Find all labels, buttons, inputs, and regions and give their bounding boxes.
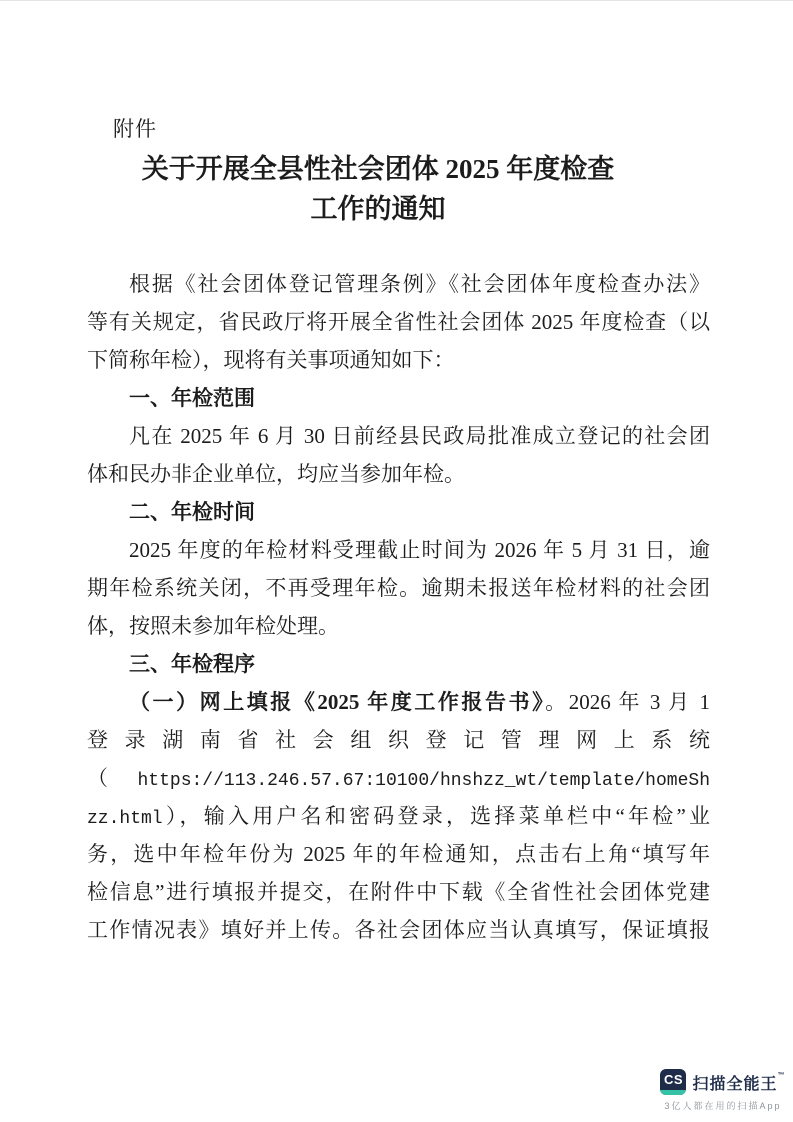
text-segment: 凡在 2025 年 6 月 30 日前经县民政局批准成立登记的社会团: [129, 424, 710, 448]
text-segment: 体和民办非企业单位，均应当参加年检。: [87, 462, 465, 486]
section-heading: 二、年检时间: [87, 493, 710, 531]
url-text: https://113.246.57.67:10100/hnshzz_wt/te…: [138, 771, 711, 791]
body-line: 等有关规定，省民政厅将开展全省性社会团体 2025 年度检查（以: [87, 303, 710, 341]
text-segment: 二、年检时间: [129, 500, 255, 524]
document-body: 根据《社会团体登记管理条例》《社会团体年度检查办法》等有关规定，省民政厅将开展全…: [87, 265, 710, 949]
trademark-symbol: ™: [778, 1072, 786, 1079]
attachment-label: 附件: [113, 113, 157, 143]
brand-row: CS 扫描全能王™: [658, 1069, 788, 1095]
body-line: 下简称年检），现将有关事项通知如下：: [87, 341, 710, 379]
body-line: 凡在 2025 年 6 月 30 日前经县民政局批准成立登记的社会团: [87, 417, 710, 455]
text-segment: 检信息”进行填报并提交，在附件中下载《全省性社会团体党建: [87, 880, 710, 904]
body-line: （一）网上填报《2025 年度工作报告书》。2026 年 3 月 1 日起可: [87, 683, 710, 721]
brand-tagline: 3亿人都在用的扫描App: [658, 1099, 788, 1112]
body-line: 检信息”进行填报并提交，在附件中下载《全省性社会团体党建: [87, 873, 710, 911]
text-segment: 务，选中年检年份为 2025 年的年检通知，点击右上角“填写年: [87, 842, 710, 866]
document-title: 关于开展全县性社会团体 2025 年度检查 工作的通知: [68, 149, 688, 229]
text-segment: 三、年检程序: [129, 652, 255, 676]
body-line: 工作情况表》填好并上传。各社会团体应当认真填写，保证填报: [87, 911, 710, 949]
section-heading: 三、年检程序: [87, 645, 710, 683]
text-segment: 体，按照未参加年检处理。: [87, 614, 339, 638]
body-line: 务，选中年检年份为 2025 年的年检通知，点击右上角“填写年: [87, 835, 710, 873]
document-title-line1: 关于开展全县性社会团体 2025 年度检查: [68, 149, 688, 189]
brand-name: 扫描全能王™: [692, 1071, 785, 1094]
url-text: zz.html: [87, 809, 163, 829]
cs-initials: CS: [660, 1069, 686, 1091]
body-line: 期年检系统关闭，不再受理年检。逾期未报送年检材料的社会团: [87, 569, 710, 607]
body-line: 根据《社会团体登记管理条例》《社会团体年度检查办法》: [87, 265, 710, 303]
body-line: （ https://113.246.57.67:10100/hnshzz_wt/…: [87, 759, 710, 797]
section-heading: 一、年检范围: [87, 379, 710, 417]
text-segment: 一、年检范围: [129, 386, 255, 410]
body-line: 体，按照未参加年检处理。: [87, 607, 710, 645]
brand-name-text: 扫描全能王: [692, 1076, 777, 1093]
text-segment: （: [87, 766, 138, 790]
text-segment: 登录湖南省社会组织登记管理网上系统: [87, 728, 710, 752]
body-line: zz.html），输入用户名和密码登录，选择菜单栏中“年检”业: [87, 797, 710, 835]
scanned-document-page: 附件 关于开展全县性社会团体 2025 年度检查 工作的通知 根据《社会团体登记…: [0, 0, 793, 1122]
text-segment: 期年检系统关闭，不再受理年检。逾期未报送年检材料的社会团: [87, 576, 710, 600]
document-title-line2: 工作的通知: [68, 189, 688, 229]
logo-teal-strip: [660, 1090, 686, 1095]
text-segment: 等有关规定，省民政厅将开展全省性社会团体 2025 年度检查（以: [87, 310, 710, 334]
body-line: 体和民办非企业单位，均应当参加年检。: [87, 455, 710, 493]
text-segment: 工作情况表》填好并上传。各社会团体应当认真填写，保证填报: [87, 918, 710, 942]
body-line: 2025 年度的年检材料受理截止时间为 2026 年 5 月 31 日，逾: [87, 531, 710, 569]
text-segment: ），输入用户名和密码登录，选择菜单栏中“年检”业: [163, 804, 710, 828]
text-segment: （一）网上填报《2025 年度工作报告书》: [129, 690, 545, 714]
camscanner-watermark: CS 扫描全能王™ 3亿人都在用的扫描App: [658, 1069, 788, 1112]
body-line: 登录湖南省社会组织登记管理网上系统: [87, 721, 710, 759]
text-segment: 下简称年检），现将有关事项通知如下：: [87, 348, 455, 372]
text-segment: 根据《社会团体登记管理条例》《社会团体年度检查办法》: [129, 272, 710, 296]
camscanner-logo-icon: CS: [660, 1069, 686, 1095]
text-segment: 2025 年度的年检材料受理截止时间为 2026 年 5 月 31 日，逾: [129, 538, 710, 562]
